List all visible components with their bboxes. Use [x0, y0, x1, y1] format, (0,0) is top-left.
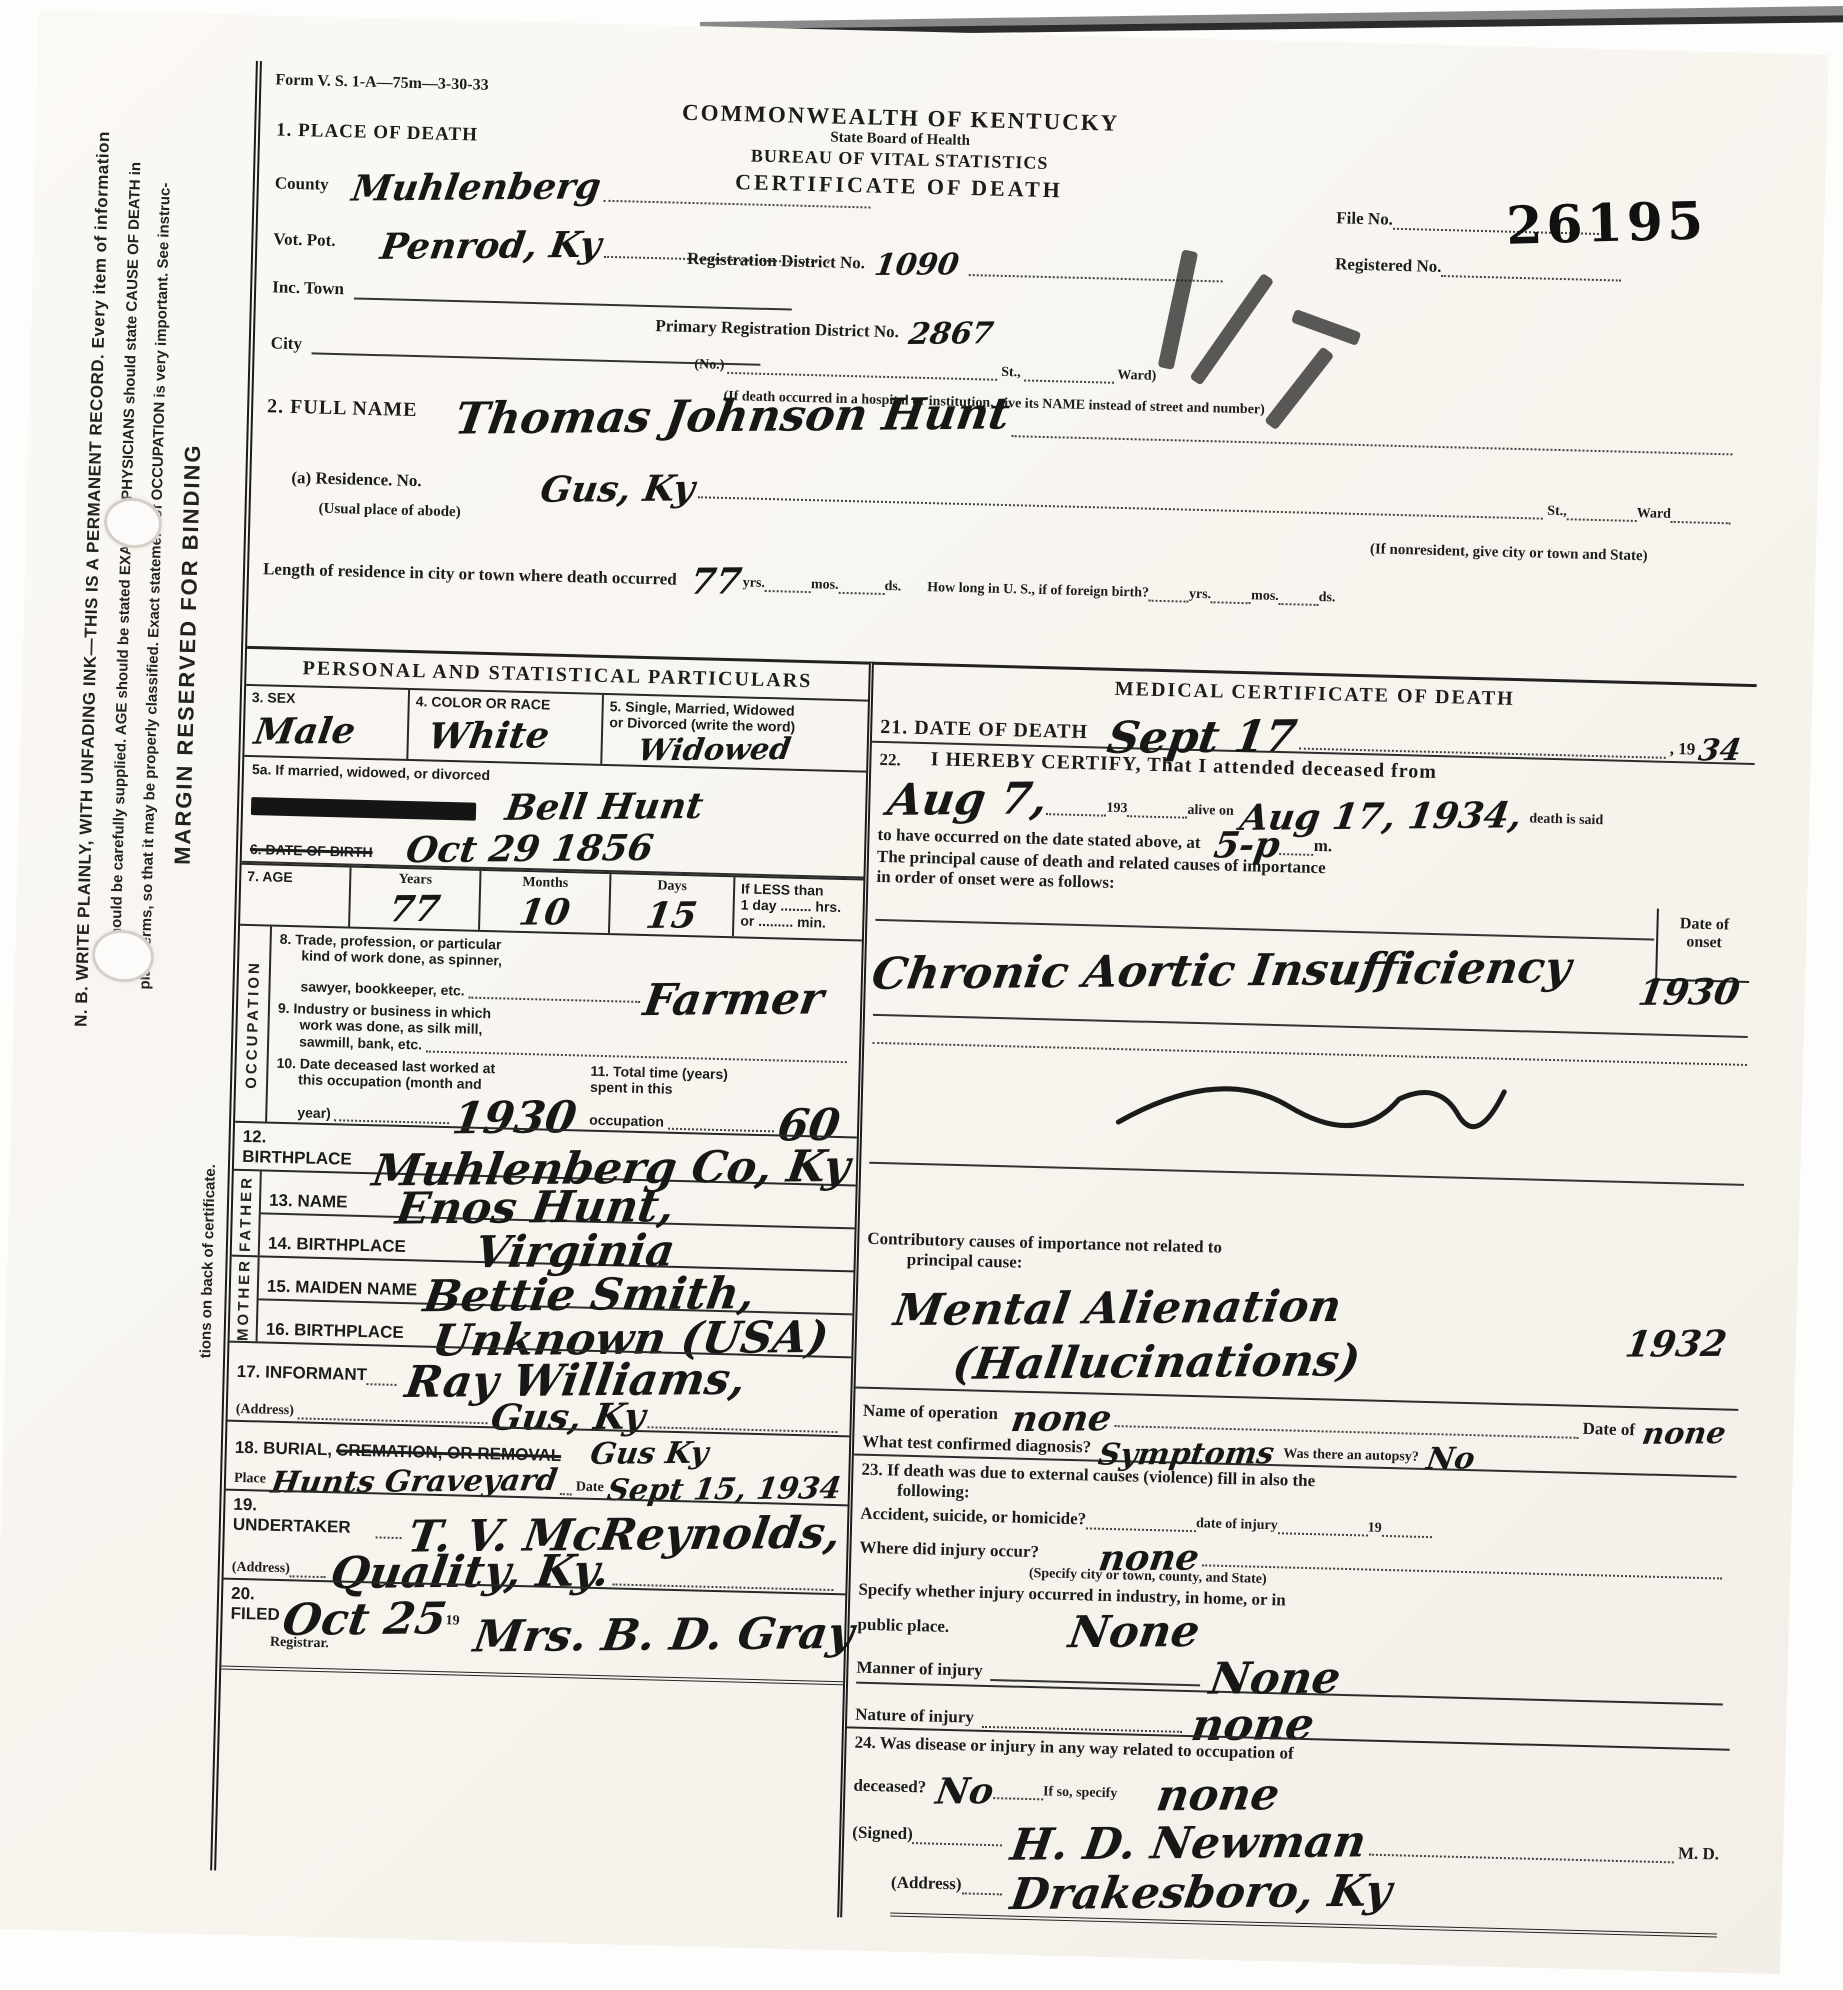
external-block: 23. If death was due to external causes … [847, 1455, 1737, 1748]
q24-ifso-label: If so, specify [1043, 1784, 1118, 1802]
age-months-cell: Months 10 [478, 871, 609, 933]
contributory-value-2: (Hallucinations) [949, 1335, 1363, 1390]
nonresident-note: (If nonresident, give city or town and S… [1370, 541, 1648, 565]
signed-line [1369, 1839, 1674, 1864]
certify-alive-frag: alive on [1187, 803, 1234, 820]
certify-m-frag: m. [1313, 836, 1332, 856]
precinct-value: Penrod, Ky [378, 224, 604, 268]
q24-block: 24. Was disease or injury in any way rel… [842, 1726, 1730, 1939]
operation-label: Name of operation [863, 1401, 998, 1424]
length-years-value: 77 [687, 561, 744, 603]
signed-address-label: (Address) [891, 1873, 962, 1895]
certify-from-value: Aug 7, [884, 774, 1051, 826]
county-label: County [275, 173, 329, 194]
signed-label: (Signed) [852, 1823, 913, 1845]
last-worked-line [335, 1105, 449, 1125]
signed-dots [912, 1827, 1002, 1846]
informant-address-label: (Address) [236, 1402, 294, 1419]
undertaker-dots [376, 1522, 402, 1540]
residence-ward-line [1671, 506, 1731, 525]
operation-date-label: Date of [1582, 1419, 1635, 1440]
registration-district-value: 1090 [872, 247, 961, 283]
certify-number: 22. [879, 750, 901, 771]
residence-value: Gus, Ky [538, 468, 698, 511]
st-fragment: St., [1001, 365, 1021, 380]
mother-birthplace-label: 16. BIRTHPLACE [266, 1320, 404, 1343]
residence-line [698, 481, 1543, 519]
file-block: File No. 26195 Registered No. [1334, 208, 1756, 311]
injury-year-dots [1381, 1520, 1431, 1538]
age-cell: 7. AGE [240, 865, 349, 927]
residence-st-label: St., [1547, 504, 1567, 520]
city-line [312, 337, 761, 365]
st-line [1024, 364, 1114, 383]
onset-label-1: Date of [1658, 915, 1750, 935]
residence-label: (a) Residence. No. [291, 468, 422, 491]
file-no-label: File No. [1336, 208, 1393, 229]
birthplace-label: 12. BIRTHPLACE [242, 1127, 357, 1170]
q24-ifso-value: none [1153, 1769, 1283, 1821]
signed-address-dots [961, 1877, 1001, 1895]
father-birthplace-label: 14. BIRTHPLACE [268, 1234, 406, 1257]
certificate-paper: N. B. WRITE PLAINLY, WITH UNFADING INK—T… [0, 9, 1829, 1974]
residence-row: (a) Residence. No. Gus, Ky St., Ward [291, 460, 1731, 524]
principal-cause-onset: 1930 [1635, 971, 1742, 1014]
date-of-death-label: 21. DATE OF DEATH [880, 716, 1088, 744]
signed-md-label: M. D. [1678, 1843, 1720, 1864]
primary-district-value: 2867 [906, 316, 995, 352]
father-block: FATHER 13. NAME Enos Hunt, 14. BIRTHPLAC… [232, 1169, 856, 1271]
cause-area: Date of onset Chronic Aortic Insufficien… [860, 889, 1751, 1247]
margin-note-line1: N. B. WRITE PLAINLY, WITH UNFADING INK—T… [71, 131, 114, 1027]
undertaker-address-dots [290, 1561, 326, 1579]
mother-block: MOTHER 15. MAIDEN NAME Bettie Smith, 16.… [230, 1255, 854, 1357]
ds-label: ds. [884, 579, 901, 595]
age-months-label: Months [487, 874, 603, 893]
race-cell: 4. COLOR OR RACE White [406, 690, 602, 764]
nature-label: Nature of injury [855, 1705, 974, 1728]
mos-line [765, 575, 811, 593]
yrs-label: yrs. [743, 575, 766, 592]
margin-note-line4: tions on back of certificate. [197, 1164, 219, 1359]
signed-address-value: Drakesboro, Ky [1007, 1866, 1395, 1920]
age-years-cell: Years 77 [348, 868, 479, 930]
signed-address-row: (Address) Drakesboro, Ky [890, 1860, 1718, 1938]
informant-dots [367, 1368, 397, 1386]
filed-row: 20. FILED Oct 25 19 Mrs. B. D. Gray Regi… [221, 1578, 845, 1686]
marital-cell: 5. Single, Married, Widowed or Divorced … [600, 695, 868, 771]
contributory-block: Contributory causes of importance not re… [856, 1225, 1743, 1411]
burial-place-label: Place [234, 1471, 266, 1488]
file-no-stamp: 26195 [1505, 190, 1707, 256]
place-of-death-title: 1. PLACE OF DEATH [276, 119, 478, 146]
where-label: Where did injury occur? [859, 1538, 1039, 1563]
full-name-value: Thomas Johnson Hunt [452, 389, 1013, 445]
less-than-cell: If LESS than 1 day ........ hrs. or ....… [732, 878, 863, 940]
certify-block: 22. I HEREBY CERTIFY, That I attended de… [868, 743, 1754, 911]
last-worked-label-3: year) [297, 1105, 331, 1122]
howlong-mos-line [1211, 586, 1251, 604]
burial-place-line [560, 1478, 572, 1495]
certify-hour-dots [1279, 838, 1313, 856]
filed-date-value: Oct 25 [279, 1594, 449, 1646]
burial-label-2: CREMATION, OR REMOVAL [336, 1441, 562, 1466]
form-columns: PERSONAL AND STATISTICAL PARTICULARS 3. … [215, 646, 1756, 1940]
undertaker-row: 19. UNDERTAKER T. V. McReynolds, (Addres… [224, 1489, 848, 1594]
age-years-label: Years [357, 871, 473, 890]
form-number: Form V. S. 1-A—75m—3-30-33 [275, 71, 489, 94]
registered-no-line [1441, 260, 1621, 282]
onset-label-2: onset [1658, 933, 1750, 953]
contributory-onset: 1932 [1622, 1323, 1729, 1366]
county-value: Muhlenberg [349, 165, 604, 209]
father-side-label: FATHER [236, 1175, 255, 1252]
autopsy-label: Was there an autopsy? [1283, 1446, 1419, 1465]
margin-note-line3: plain terms, so that it may be properly … [136, 182, 173, 989]
burial-label-1: 18. BURIAL, [235, 1438, 333, 1459]
date-of-death-year-label: , 19 [1669, 739, 1695, 760]
sex-label: 3. SEX [252, 689, 402, 709]
birth-date-label: 6. DATE OF BIRTH [250, 841, 373, 860]
certify-dots-2 [1127, 800, 1187, 819]
registered-no-label: Registered No. [1335, 254, 1442, 277]
full-name-label: 2. FULL NAME [267, 395, 418, 422]
injury-year-label: 19 [1368, 1521, 1382, 1537]
specify-value: None [1065, 1606, 1203, 1658]
howlong-yrs-label: yrs. [1189, 587, 1212, 604]
mother-side-cell: MOTHER [230, 1257, 260, 1342]
form-header: Form V. S. 1-A—75m—3-30-33 COMMONWEALTH … [247, 61, 1771, 684]
q24-dots [993, 1782, 1043, 1800]
industry-label-3: sawmill, bank, etc. [299, 1034, 422, 1053]
filed-label: 20. FILED [230, 1584, 280, 1625]
inc-town-label: Inc. Town [272, 277, 344, 299]
q24-value: No [933, 1770, 996, 1812]
no-line [728, 357, 998, 381]
accident-dots [1086, 1512, 1196, 1532]
primary-district-label: Primary Registration District No. [655, 316, 899, 342]
undertaker-label: 19. UNDERTAKER [233, 1495, 377, 1539]
age-days-value: 15 [643, 895, 700, 937]
principal-cause-value: Chronic Aortic Insufficiency [869, 942, 1575, 999]
county-line [604, 185, 871, 209]
certify-hour-value: 5-p [1211, 824, 1283, 866]
full-name-row: 2. FULL NAME Thomas Johnson Hunt [267, 379, 1738, 455]
certify-said-frag: death is said [1529, 811, 1603, 829]
inc-town-line [354, 282, 792, 310]
age-years-value: 77 [386, 888, 443, 930]
occupation-side-cell: OCCUPATION [235, 926, 272, 1122]
contributory-value: Mental Alienation [891, 1281, 1345, 1336]
abode-note: (Usual place of abode) [318, 501, 460, 522]
age-days-label: Days [617, 878, 727, 897]
certify-year-frag: 193 [1106, 801, 1127, 818]
ds-line [838, 577, 884, 595]
howlong-ds-line [1279, 588, 1319, 606]
marital-value: Widowed [636, 732, 793, 768]
certify-dots-1 [1046, 798, 1106, 817]
inc-town-row: Inc. Town [272, 277, 792, 310]
no-fragment: (No.) [694, 357, 724, 373]
burial-date-label: Date [576, 1480, 604, 1497]
trade-line [468, 982, 640, 1003]
howlong-label: How long in U. S., if of foreign birth? [927, 580, 1149, 602]
burial-place-value-2: Gus Ky [588, 1436, 711, 1472]
total-time-label-3: occupation [589, 1112, 664, 1130]
registration-district-row: Registration District No. 1090 [687, 242, 1228, 283]
sex-cell: 3. SEX Male [244, 686, 408, 759]
less-label-3: or ......... min. [740, 913, 856, 932]
scanned-page: 42. N. B. WRITE PLAINLY, WITH UNFADING I… [0, 0, 1843, 1990]
filed-year-label: 19 [445, 1614, 459, 1630]
length-residence-label: Length of residence in city or town wher… [263, 559, 677, 589]
father-name-label: 13. NAME [269, 1191, 348, 1213]
city-row: City [271, 333, 761, 365]
informant-label: 17. INFORMANT [236, 1362, 367, 1385]
age-months-value: 10 [516, 892, 573, 934]
signed-row: (Signed) H. D. Newman M. D. [852, 1810, 1720, 1865]
howlong-ds-label: ds. [1319, 590, 1336, 606]
handwriting-flourish [1097, 1052, 1519, 1153]
father-side-cell: FATHER [232, 1171, 262, 1256]
manner-line [990, 1664, 1200, 1686]
registration-district-label: Registration District No. [687, 249, 865, 273]
margin-binding-label: MARGIN RESERVED FOR BINDING [170, 443, 207, 865]
race-label: 4. COLOR OR RACE [416, 693, 596, 714]
occupation-block: OCCUPATION 8. Trade, profession, or part… [235, 924, 862, 1137]
age-days-cell: Days 15 [608, 874, 733, 936]
manner-value: None [1206, 1653, 1344, 1705]
undertaker-address-label: (Address) [232, 1560, 290, 1577]
birth-date-value: Oct 29 1856 [403, 827, 656, 871]
age-label: 7. AGE [247, 868, 343, 886]
injury-date-label: date of injury [1196, 1516, 1278, 1534]
specify-label-2: public place. [857, 1615, 949, 1637]
medical-column: MEDICAL CERTIFICATE OF DEATH 21. DATE OF… [837, 662, 1756, 1940]
howlong-mos-label: mos. [1251, 588, 1279, 605]
personal-column: PERSONAL AND STATISTICAL PARTICULARS 3. … [215, 646, 869, 1917]
nature-dots [982, 1711, 1182, 1733]
residence-st-line [1566, 503, 1636, 522]
signed-value: H. D. Newman [1008, 1817, 1370, 1871]
where-value: none [1096, 1537, 1202, 1580]
mos-label: mos. [811, 577, 839, 594]
occupation-side-label: OCCUPATION [242, 959, 262, 1088]
trade-label-3: sawyer, bookkeeper, etc. [300, 979, 465, 999]
total-time-line [668, 1113, 774, 1133]
q24-label-2: deceased? [853, 1776, 926, 1798]
margin-note-line2: should be carefully supplied. AGE should… [108, 162, 145, 946]
race-value: White [425, 715, 552, 758]
precinct-label: Vot. Pot. [273, 229, 336, 251]
manner-label: Manner of injury [856, 1658, 983, 1681]
spouse-value: Bell Hunt [503, 785, 707, 829]
residence-ward-label: Ward [1636, 506, 1671, 523]
certificate-form: Form V. S. 1-A—75m—3-30-33 COMMONWEALTH … [210, 61, 1771, 1909]
informant-address-dots2 [648, 1412, 838, 1434]
mother-side-label: MOTHER [234, 1258, 253, 1341]
howlong-yrs-line [1149, 585, 1189, 603]
no-st-ward-note: (No.) St., Ward) [694, 356, 1156, 385]
mother-maiden-label: 15. MAIDEN NAME [267, 1277, 418, 1301]
sex-value: Male [252, 710, 359, 753]
accident-label: Accident, suicide, or homicide? [860, 1504, 1086, 1530]
test-label: What test confirmed diagnosis? [862, 1432, 1091, 1458]
registrar-value: Mrs. B. D. Gray [471, 1608, 858, 1662]
city-label: City [271, 333, 303, 354]
injury-date-dots [1278, 1517, 1368, 1536]
primary-district-row: Primary Registration District No. 2867 [655, 309, 1196, 350]
